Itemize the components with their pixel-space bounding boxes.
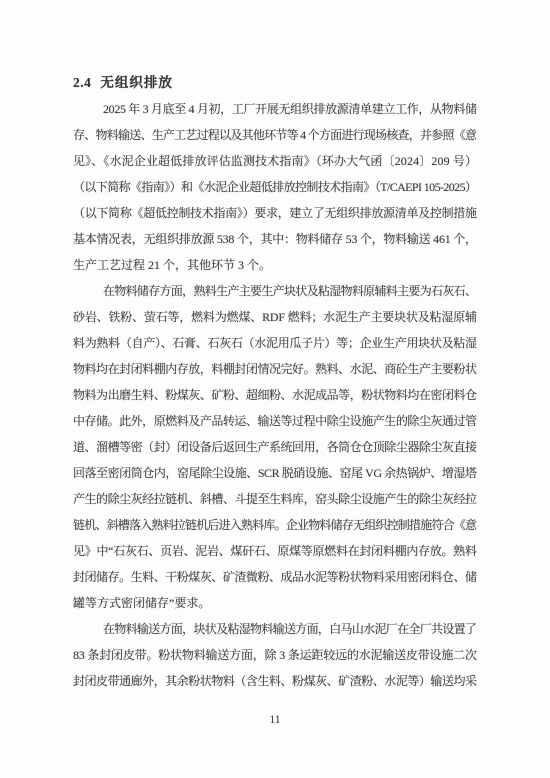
page-number: 11 bbox=[0, 712, 550, 728]
text-line: 基本情况表，无组织排放源 538 个，其中：物料储存 53 个，物料输送 461… bbox=[73, 226, 477, 252]
text-line: 料为熟料（自产）、石膏、石灰石（水泥用瓜子片）等；企业生产用块状及粘湿 bbox=[73, 330, 477, 356]
text-line: 2025 年 3 月底至 4 月初，工厂开展无组织排放源清单建立工作，从物料储 bbox=[73, 96, 477, 122]
paragraph: 在物料输送方面，块状及粘湿物料输送方面，白马山水泥厂在全厂共设置了83 条封闭皮… bbox=[73, 616, 477, 694]
document-page: 2.4无组织排放 2025 年 3 月底至 4 月初，工厂开展无组织排放源清单建… bbox=[0, 0, 550, 778]
section-heading: 2.4无组织排放 bbox=[73, 70, 477, 96]
paragraph: 在物料储存方面，熟料生产主要生产块状及粘湿物料原辅料主要为石灰石、砂岩、铁粉、萤… bbox=[73, 278, 477, 616]
text-line: 链机、斜槽落入熟料拉链机后进入熟料库。企业物料储存无组织控制措施符合《意 bbox=[73, 512, 477, 538]
text-line: 回落至密闭筒仓内，窑尾除尘设施、SCR 脱硝设施、窑尾 VG 余热锅炉、增湿塔 bbox=[73, 460, 477, 486]
text-line: 83 条封闭皮带。粉状物料输送方面，除 3 条运距较远的水泥输送皮带设施二次 bbox=[73, 642, 477, 668]
text-line: 在物料输送方面，块状及粘湿物料输送方面，白马山水泥厂在全厂共设置了 bbox=[73, 616, 477, 642]
document-body: 2025 年 3 月底至 4 月初，工厂开展无组织排放源清单建立工作，从物料储存… bbox=[73, 96, 477, 694]
text-line: 存、物料输送、生产工艺过程以及其他环节等 4 个方面进行现场核查，并参照《意 bbox=[73, 122, 477, 148]
text-line: 罐等方式密闭储存”要求。 bbox=[73, 590, 477, 616]
text-line: 见》、《水泥企业超低排放评估监测技术指南》（环办大气函〔2024〕209 号） bbox=[73, 148, 477, 174]
text-line: 在物料储存方面，熟料生产主要生产块状及粘湿物料原辅料主要为石灰石、 bbox=[73, 278, 477, 304]
document-content: 2.4无组织排放 2025 年 3 月底至 4 月初，工厂开展无组织排放源清单建… bbox=[73, 70, 477, 694]
text-line: （以下简称《指南》）和《水泥企业超低排放控制技术指南》（T/CAEPI 105-… bbox=[73, 174, 477, 200]
text-line: 产生的除尘灰经拉链机、斜槽、斗提至生料库，窑头除尘设施产生的除尘灰经拉 bbox=[73, 486, 477, 512]
section-title: 无组织排放 bbox=[100, 75, 173, 90]
text-line: 见》中“石灰石、页岩、泥岩、煤矸石、原煤等原燃料在封闭料棚内存放。熟料 bbox=[73, 538, 477, 564]
text-line: （以下简称《超低控制技术指南》）要求，建立了无组织排放源清单及控制措施 bbox=[73, 200, 477, 226]
paragraph: 2025 年 3 月底至 4 月初，工厂开展无组织排放源清单建立工作，从物料储存… bbox=[73, 96, 477, 278]
section-number: 2.4 bbox=[73, 75, 91, 90]
text-line: 物料均在封闭料棚内存放，料棚封闭情况完好。熟料、水泥、商砼生产主要粉状 bbox=[73, 356, 477, 382]
text-line: 封闭皮带通廊外，其余粉状物料（含生料、粉煤灰、矿渣粉、水泥等）输送均采 bbox=[73, 668, 477, 694]
text-line: 生产工艺过程 21 个，其他环节 3 个。 bbox=[73, 252, 477, 278]
text-line: 封闭储存。生料、干粉煤灰、矿渣微粉、成品水泥等粉状物料采用密闭料仓、储 bbox=[73, 564, 477, 590]
text-line: 砂岩、铁粉、萤石等，燃料为燃煤、RDF 燃料；水泥生产主要块状及粘湿原辅 bbox=[73, 304, 477, 330]
text-line: 道、溜槽等密（封）闭设备后返回生产系统回用，各筒仓仓顶除尘器除尘灰直接 bbox=[73, 434, 477, 460]
text-line: 物料为出磨生料、粉煤灰、矿粉、超细粉、水泥成品等，粉状物料均在密闭料仓 bbox=[73, 382, 477, 408]
text-line: 中存储。此外，原燃料及产品转运、输送等过程中除尘设施产生的除尘灰通过管 bbox=[73, 408, 477, 434]
